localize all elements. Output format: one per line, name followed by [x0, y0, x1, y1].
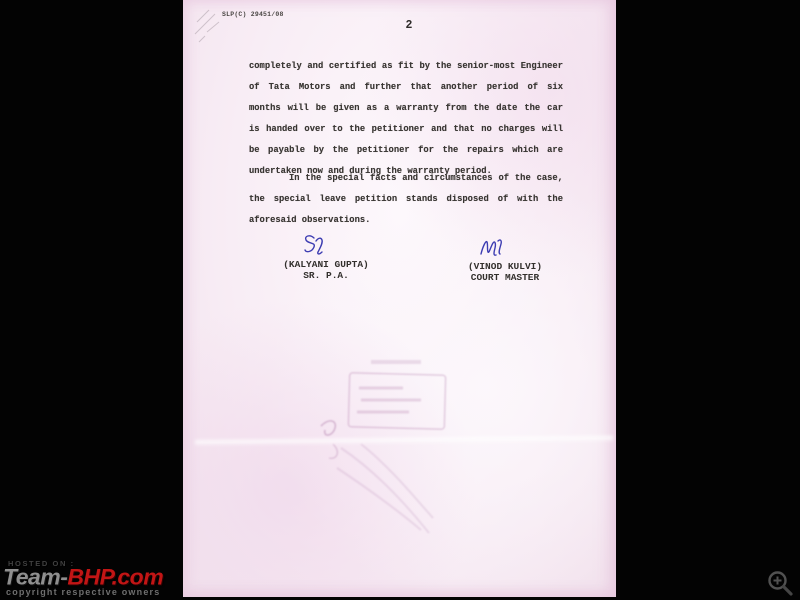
copyright-label: copyright respective owners [6, 587, 160, 597]
body-text-line: the special leave petition stands dispos… [249, 189, 563, 210]
signatory-name: (KALYANI GUPTA) [278, 259, 374, 270]
body-text-line: of Tata Motors and further that another … [249, 77, 563, 98]
case-reference: SLP(C) 29451/08 [222, 11, 284, 18]
page-number: 2 [389, 19, 429, 32]
signature-block-right: (VINOD KULVI) COURT MASTER [459, 236, 551, 283]
document-page: SLP(C) 29451/08 2 completely and certifi… [183, 0, 616, 597]
signature-ink-icon [473, 236, 509, 260]
signatory-name: (VINOD KULVI) [459, 261, 551, 272]
body-text-line: completely and certified as fit by the s… [249, 56, 563, 77]
body-text-line: months will be given as a warranty from … [249, 98, 563, 119]
body-text-line: In the special facts and circumstances o… [249, 168, 563, 189]
zoom-in-icon[interactable] [766, 569, 794, 597]
pencil-scribble-marks [189, 2, 245, 50]
logo-gray-part: Team- [3, 565, 67, 590]
body-text-line: is handed over to the petitioner and tha… [249, 119, 563, 140]
body-text-line: be payable by the petitioner for the rep… [249, 140, 563, 161]
body-paragraph-2: In the special facts and circumstances o… [249, 168, 563, 231]
body-text-line: aforesaid observations. [249, 210, 563, 231]
screenshot-root: SLP(C) 29451/08 2 completely and certifi… [0, 0, 800, 600]
logo-red-part: BHP.com [67, 565, 163, 590]
signatory-title: COURT MASTER [459, 272, 551, 283]
signatory-title: SR. P.A. [278, 270, 374, 281]
signature-block-left: (KALYANI GUPTA) SR. P.A. [278, 232, 374, 281]
stamp-bleedthrough [311, 348, 481, 548]
signature-ink-icon [300, 232, 340, 258]
body-paragraph-1: completely and certified as fit by the s… [249, 56, 563, 182]
